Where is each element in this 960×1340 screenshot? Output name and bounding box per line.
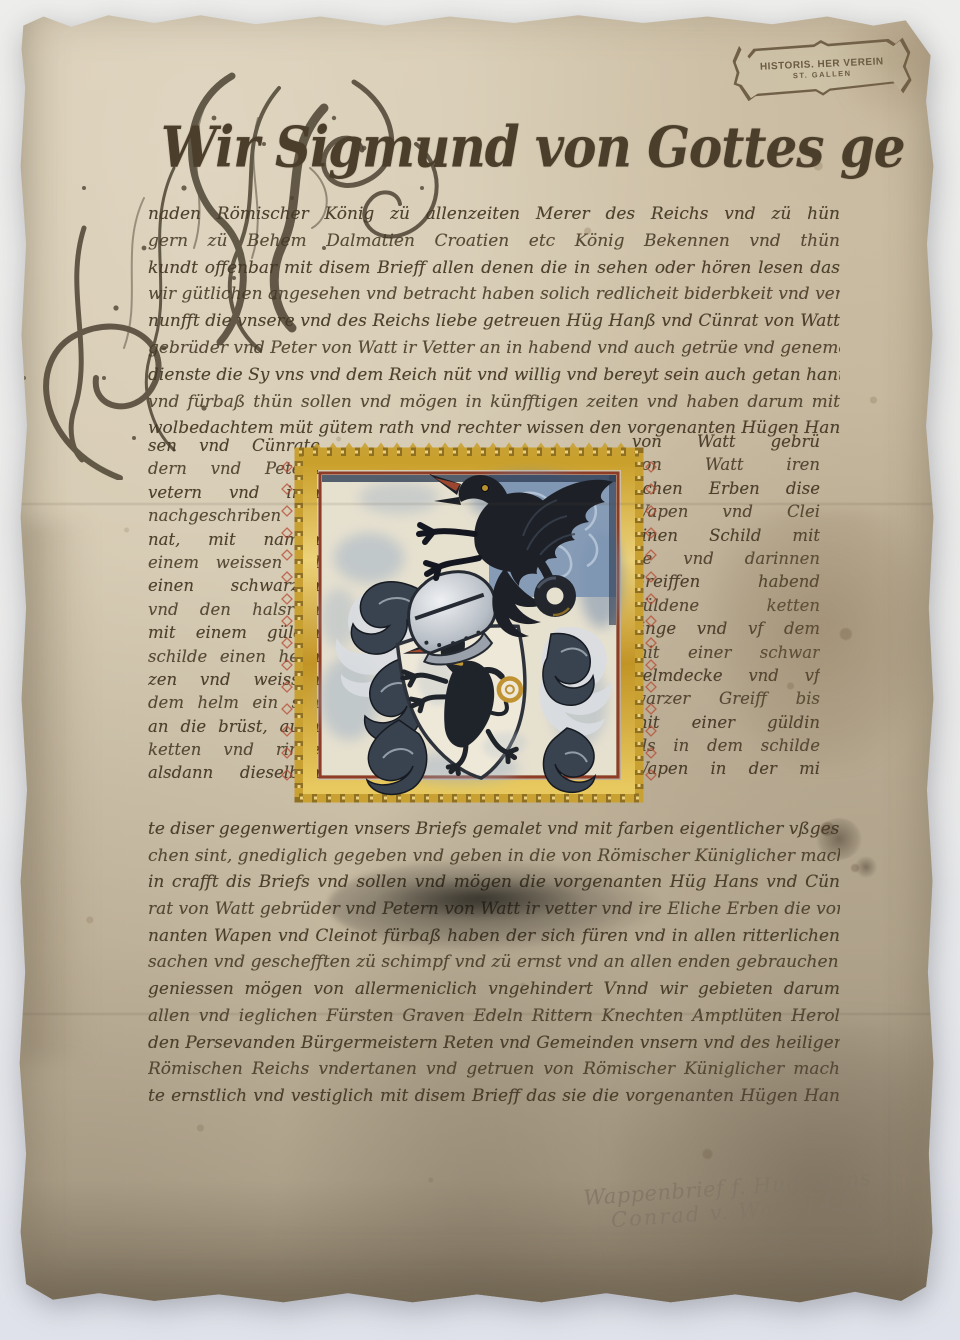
stamp-text-line2: ST. GALLEN bbox=[793, 69, 852, 81]
text-column-right: von Watt gebrü von Watt iren lichen Erbe… bbox=[632, 430, 820, 781]
text-block-bottom: te diser gegenwertigen vnsers Briefs gem… bbox=[148, 816, 840, 1110]
manuscript-line: geniessen mögen von allermeniclich vngeh… bbox=[148, 976, 840, 1003]
manuscript-line: vnd fürbaß thün sollen vnd mögen in künf… bbox=[148, 389, 840, 416]
manuscript-line: mit einer schwar bbox=[632, 641, 820, 664]
manuscript-line: von Watt gebrü bbox=[632, 430, 820, 453]
manuscript-line: allen vnd ieglichen Fürsten Graven Edeln… bbox=[148, 1003, 840, 1030]
manuscript-line: von Watt iren bbox=[632, 453, 820, 476]
manuscript-line: te ernstlich vnd vestiglich mit disem Br… bbox=[148, 1083, 840, 1110]
manuscript-line: de vnd darinnen bbox=[632, 547, 820, 570]
penwork-diamonds-left bbox=[282, 462, 292, 780]
manuscript-line: kundt offenbar mit disem Brieff allen de… bbox=[148, 255, 840, 282]
penwork-diamonds-right bbox=[646, 462, 656, 780]
manuscript-line: in crafft dis Briefs vnd sollen vnd möge… bbox=[148, 869, 840, 896]
manuscript-line: rat von Watt gebrüder vnd Petern von Wat… bbox=[148, 896, 840, 923]
archivist-note: Wappenbrief f. Hug, Hans Conrad v. Watt … bbox=[583, 1166, 874, 1234]
manuscript-line: te diser gegenwertigen vnsers Briefs gem… bbox=[148, 816, 840, 843]
manuscript-line: gern zü Behem Dalmatien Croatien etc Kön… bbox=[148, 228, 840, 255]
manuscript-line: Greiffen habend bbox=[632, 570, 820, 593]
manuscript-page: HISTORIS. HER VEREIN ST. GALLEN Wir Sigm… bbox=[16, 10, 938, 1310]
manuscript-line: lichen Erben dise bbox=[632, 477, 820, 500]
manuscript-line: naden Römischer König zü allenzeiten Mer… bbox=[148, 201, 840, 228]
manuscript-line: den Persevanden Bürgermeistern Reten vnd… bbox=[148, 1030, 840, 1057]
manuscript-line: Wapen vnd Clei bbox=[632, 500, 820, 523]
manuscript-line: helmdecke vnd vf bbox=[632, 664, 820, 687]
manuscript-line: mit einer güldin bbox=[632, 711, 820, 734]
manuscript-line: einen Schild mit bbox=[632, 524, 820, 547]
manuscript-line: nanten Wapen vnd Cleinot fürbaß haben de… bbox=[148, 923, 840, 950]
manuscript-line: Wapen in der mi bbox=[632, 757, 820, 780]
manuscript-line: dienste die Sy vns vnd dem Reich nüt vnd… bbox=[148, 362, 840, 389]
manuscript-line: chen sint, gnediglich gegeben vnd geben … bbox=[148, 843, 840, 870]
page-title: Wir Sigmund von Gottes ge bbox=[161, 114, 905, 180]
stain-spot-small bbox=[854, 856, 878, 878]
coat-of-arms-illumination bbox=[279, 438, 659, 812]
manuscript-line: güldene ketten bbox=[632, 594, 820, 617]
manuscript-line: als in dem schilde bbox=[632, 734, 820, 757]
manuscript-line: Römischen Reichs vndertanen vnd getruen … bbox=[148, 1056, 840, 1083]
text-block-top: naden Römischer König zü allenzeiten Mer… bbox=[148, 201, 840, 442]
manuscript-line: warzer Greiff bis bbox=[632, 687, 820, 710]
manuscript-line: sachen vnd geschefften zü schimpf vnd zü… bbox=[148, 949, 840, 976]
manuscript-line: nunfft die vnsere vnd des Reichs liebe g… bbox=[148, 308, 840, 335]
manuscript-line: ringe vnd vf dem bbox=[632, 617, 820, 640]
manuscript-line: gebrüder vnd Peter von Watt ir Vetter an… bbox=[148, 335, 840, 362]
stain-left-edge bbox=[16, 520, 91, 1060]
archive-stamp: HISTORIS. HER VEREIN ST. GALLEN bbox=[732, 36, 912, 102]
manuscript-line: wir gütlichen angesehen vnd betracht hab… bbox=[148, 281, 840, 308]
